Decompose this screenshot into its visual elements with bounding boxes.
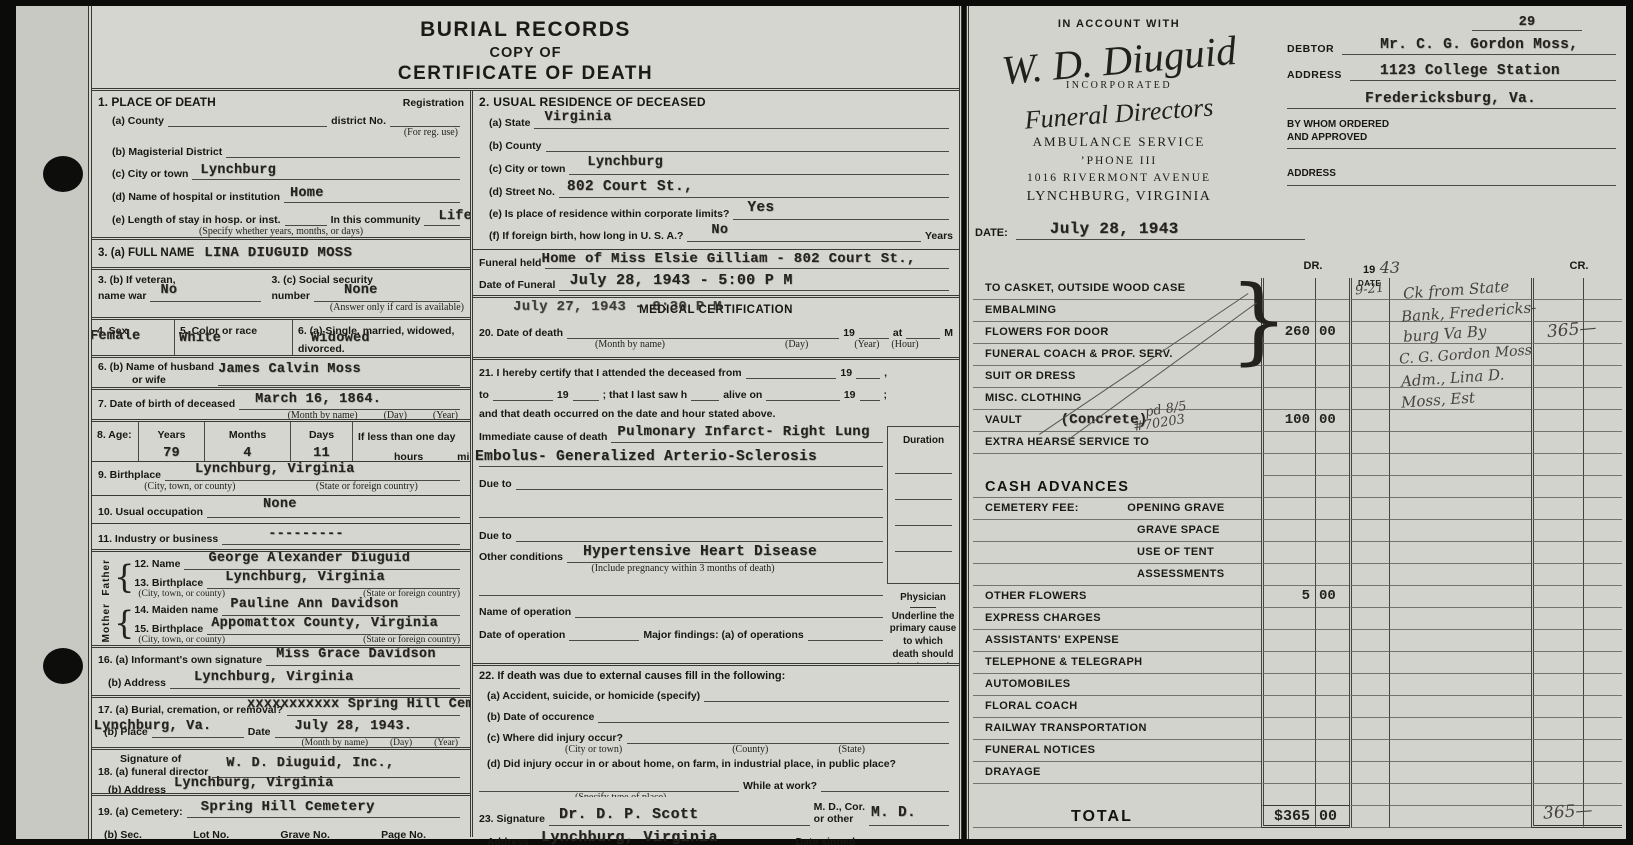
item-label: EXPRESS CHARGES <box>985 612 1101 624</box>
s19-lot-label: Lot No. <box>193 829 229 839</box>
item-label: AUTOMOBILES <box>985 678 1070 690</box>
section-occupation: 10. Usual occupation None <box>92 495 470 523</box>
section-residence: 2. USUAL RESIDENCE OF DECEASED (a) State… <box>473 91 959 249</box>
s15-value: Appomattox County, Virginia <box>211 616 438 631</box>
funeral-held-label: Funeral held <box>479 257 541 269</box>
s2e-value: Yes <box>747 200 774 216</box>
s7-note-3: (Year) <box>433 410 458 419</box>
item-label: FUNERAL COACH & PROF. SERV. <box>985 348 1173 360</box>
s12-label: 12. Name <box>134 558 180 570</box>
year-label: 19 <box>1363 264 1375 276</box>
s21-alive: alive on <box>723 389 762 401</box>
item-label: OTHER FLOWERS <box>985 590 1087 602</box>
s8-days-value: 11 <box>313 446 330 461</box>
s23-address-label: Address <box>487 836 529 845</box>
s2a-value: Virginia <box>544 110 611 125</box>
dr-amount: 260 <box>1264 322 1315 343</box>
s21-saw: ; that I last saw h <box>603 389 688 401</box>
ledger-row: EXPRESS CHARGES <box>973 608 1622 630</box>
item-label-detail: (Concrete) <box>1060 412 1147 428</box>
s2d-label: (d) Street No. <box>489 186 555 198</box>
s9-note-2: (State or foreign country) <box>316 481 418 492</box>
ledger-row: SUIT OR DRESS <box>973 366 1622 388</box>
cr-column-label: CR. <box>1539 260 1619 273</box>
s21-other-label: Other conditions <box>479 551 563 563</box>
s3a-value: LINA DIUGUID MOSS <box>204 245 352 261</box>
ledger-row: OTHER FLOWERS 5 00 <box>973 586 1622 608</box>
item-label: VAULT <box>985 414 1022 426</box>
item-sublabel: USE OF TENT <box>1137 546 1214 558</box>
street-label: 1016 RIVERMONT AVENUE <box>969 172 1269 184</box>
s22c-note-2: (County) <box>732 744 768 755</box>
s20-19: 19 <box>843 327 855 339</box>
s17b-value: Lynchburg, Va. <box>94 719 212 734</box>
s21-cause-label: Immediate cause of death <box>479 431 607 443</box>
section-external-causes: 22. If death was due to external causes … <box>473 663 959 797</box>
s8-years-label: Years <box>157 429 185 441</box>
doc-subtitle-1: COPY OF <box>92 45 959 61</box>
item-label: RAILWAY TRANSPORTATION <box>985 722 1147 734</box>
ledger-row: MISC. CLOTHING <box>973 388 1622 410</box>
mother-brace: { <box>114 607 134 639</box>
ledger-row: CEMETERY FEE: OPENING GRAVE <box>973 498 1622 520</box>
dr-amount: 5 <box>1264 586 1315 607</box>
s21-y2: 19 <box>557 389 569 401</box>
s21-cause-value-1: Pulmonary Infarct- Right Lung <box>617 424 869 440</box>
physician-note-body: Underline the primary cause to which dea… <box>890 611 956 663</box>
ledger-row-cash-heading: CASH ADVANCES <box>973 476 1622 498</box>
s15-note-1: (City, town, or county) <box>138 635 225 645</box>
section-cemetery: 19. (a) Cemetery: Spring Hill Cemetery (… <box>92 793 470 839</box>
section-full-name: 3. (a) FULL NAME LINA DIUGUID MOSS <box>92 237 470 267</box>
mother-label: Mother <box>101 603 112 642</box>
s16a-label: 16. (a) Informant's own signature <box>98 654 262 666</box>
section-date-of-birth: 7. Date of birth of deceased March 16, 1… <box>92 387 470 419</box>
duration-physician-rail: Duration Physician Underline the primary… <box>887 362 959 663</box>
s10-value: None <box>263 497 297 512</box>
ordered-by-label-1: BY WHOM ORDERED <box>1287 119 1616 131</box>
doc-title: BURIAL RECORDS <box>92 18 959 42</box>
ledger-row: FLORAL COACH <box>973 696 1622 718</box>
s2f-value: No <box>711 223 728 238</box>
s7-note-1: (Month by name) <box>288 410 358 419</box>
firm-block: IN ACCOUNT WITH W. D. Diuguid INCORPORAT… <box>969 18 1269 205</box>
certificate-left-column: 1. PLACE OF DEATH Registration (a) Count… <box>92 91 473 837</box>
s6a-value: Widowed <box>311 331 370 346</box>
s2c-label: (c) City or town <box>489 163 565 175</box>
s20-at: at <box>893 327 902 339</box>
ledger-row: EXTRA HEARSE SERVICE TO <box>973 432 1622 454</box>
s6b-value: James Calvin Moss <box>218 362 361 377</box>
section-funeral-director: Signature of 18. (a) funeral director W.… <box>92 747 470 793</box>
s1d-label: (d) Name of hospital or institution <box>112 191 280 203</box>
year-handwritten: 43 <box>1380 258 1400 277</box>
s22c-label: (c) Where did injury occur? <box>487 732 623 744</box>
s17a-value: xxxxxxxxxxx Spring Hill Cemetery <box>247 697 470 712</box>
s6b-label-2: or wife <box>132 374 214 386</box>
debtor-address-value-2: Fredericksburg, Va. <box>1365 91 1536 107</box>
s16a-value: Miss Grace Davidson <box>276 647 436 662</box>
s21-y3: 19 <box>844 389 856 401</box>
item-label: FLOWERS FOR DOOR <box>985 326 1109 338</box>
s13-value: Lynchburg, Virginia <box>225 570 385 585</box>
item-sublabel: ASSESSMENTS <box>1137 568 1225 580</box>
ledger-row: FLOWERS FOR DOOR 260 00 <box>973 322 1622 344</box>
item-sublabel: OPENING GRAVE <box>1127 502 1224 514</box>
s9-note-1: (City, town, or county) <box>144 481 235 492</box>
s17-note-2: (Day) <box>390 738 412 747</box>
debtor-block: 29 DEBTOR Mr. C. G. Gordon Moss, ADDRESS… <box>1287 12 1616 186</box>
s21-cause-value-2: Embolus- Generalized Arterio-Sclerosis <box>475 449 817 465</box>
dr-column-label: DR. <box>1273 260 1353 273</box>
item-label: TO CASKET, OUTSIDE WOOD CASE <box>985 282 1185 294</box>
s14-label: 14. Maiden name <box>134 604 218 616</box>
s3c-value: None <box>344 283 378 298</box>
s1-reg-note: (For reg. use) <box>404 127 458 138</box>
ordered-address-label: ADDRESS <box>1287 168 1336 179</box>
s20-note-3: (Year) <box>854 339 879 350</box>
section-parents: Father { 12. Name George Alexander Diugu… <box>92 549 470 645</box>
s2d-value: 802 Court St., <box>567 179 693 195</box>
s1e-mid-label: In this community <box>331 214 421 226</box>
s1a-label: (a) County <box>112 115 164 127</box>
funeral-directors-script: Funeral Directors <box>968 89 1269 140</box>
dr-cents: 00 <box>1316 410 1349 431</box>
ledger-row: DRAYAGE <box>973 762 1622 784</box>
s22-work-label: While at work? <box>743 780 817 792</box>
s1-heading: 1. PLACE OF DEATH <box>98 95 216 109</box>
s22b-label: (b) Date of occurence <box>487 711 594 723</box>
s2e-label: (e) Is place of residence within corpora… <box>489 208 729 220</box>
s22a-label: (a) Accident, suicide, or homicide (spec… <box>487 690 700 702</box>
item-label: SUIT OR DRESS <box>985 370 1076 382</box>
physician-note-title: Physician <box>900 592 946 603</box>
s16b-label: (b) Address <box>108 677 166 689</box>
total-dr-cents: 00 <box>1316 806 1349 827</box>
s1-reg-label-2: district No. <box>331 115 386 127</box>
ordered-by-label-2: AND APPROVED <box>1287 132 1616 144</box>
s1e-label: (e) Length of stay in hosp. or inst. <box>112 214 281 226</box>
ledger-row: EMBALMING <box>973 300 1622 322</box>
account-header: IN ACCOUNT WITH W. D. Diuguid INCORPORAT… <box>969 6 1626 252</box>
total-dr-amount: $365 <box>1264 806 1315 827</box>
dr-cents: 00 <box>1316 322 1349 343</box>
s21-due1-label: Due to <box>479 478 512 490</box>
s22-heading: 22. If death was due to external causes … <box>479 670 953 683</box>
physician-note: Physician Underline the primary cause to… <box>887 592 959 663</box>
ledger-row: ASSISTANTS' EXPENSE <box>973 630 1622 652</box>
s3b-label-1: 3. (b) If veteran, <box>98 274 265 286</box>
debtor-label: DEBTOR <box>1287 43 1334 55</box>
date-column-label: DATE <box>1358 279 1381 288</box>
s1c-value: Lynchburg <box>200 163 276 178</box>
ledger-row: GRAVE SPACE <box>973 520 1622 542</box>
s21-to: to <box>479 389 489 401</box>
certificate-header: BURIAL RECORDS COPY OF CERTIFICATE OF DE… <box>92 6 959 72</box>
funeral-date-value: July 28, 1943 - 5:00 P M <box>569 272 792 289</box>
s19-page-label: Page No. <box>381 829 426 839</box>
item-label: TELEPHONE & TELEGRAPH <box>985 656 1143 668</box>
section-age: 8. Age: Years 79 Months 4 Days 11 If le <box>92 419 470 461</box>
doc-subtitle-2: CERTIFICATE OF DEATH <box>92 63 959 85</box>
section-certification-block: 21. I hereby certify that I attended the… <box>473 357 959 663</box>
account-date-value: July 28, 1943 <box>1050 220 1179 238</box>
s23-md-value: M. D. <box>871 805 916 821</box>
s22d-label: (d) Did injury occur in or about home, o… <box>487 758 953 770</box>
ledger-row-blank <box>973 454 1622 476</box>
father-label: Father <box>101 559 112 596</box>
s8-label: 8. Age: <box>97 429 132 441</box>
s3b-value: No <box>160 283 177 298</box>
s17-note-3: (Year) <box>434 738 458 747</box>
s21-line1: 21. I hereby certify that I attended the… <box>479 367 742 379</box>
section-burial: 17. (a) Burial, cremation, or removal? x… <box>92 695 470 747</box>
funeral-date-label: Date of Funeral <box>479 279 555 291</box>
ledger-row: AUTOMOBILES <box>973 674 1622 696</box>
s20-note-1: (Month by name) <box>595 339 665 350</box>
s22c-note-1: (City or town) <box>565 744 622 755</box>
ledger-row: RAILWAY TRANSPORTATION <box>973 718 1622 740</box>
s9-label: 9. Birthplace <box>98 469 161 481</box>
s21-findings-label: Major findings: (a) of operations <box>643 629 803 641</box>
s23-md-label-1: M. D., Cor. <box>814 801 865 813</box>
s21-y1: 19 <box>840 367 852 379</box>
ledger-row-total: TOTAL $365 00 <box>973 806 1622 828</box>
duration-label: Duration <box>903 435 944 446</box>
s7-value: March 16, 1864. <box>255 392 381 407</box>
s7-note-2: (Day) <box>384 410 407 419</box>
s18a-label-1: Signature of <box>120 753 208 765</box>
ledger-row: USE OF TENT <box>973 542 1622 564</box>
s11-value: --------- <box>268 527 344 542</box>
s3a-label: 3. (a) FULL NAME <box>98 247 194 261</box>
ledger-row: FUNERAL NOTICES <box>973 740 1622 762</box>
item-label: CEMETERY FEE: <box>985 502 1079 514</box>
s11-label: 11. Industry or business <box>98 533 218 545</box>
certificate-right-column: 2. USUAL RESIDENCE OF DECEASED (a) State… <box>473 91 959 837</box>
ledger-table: DR. 19 43 CR. TO CASKET, OUTSIDE WOOD CA… <box>973 258 1622 830</box>
scan-margin-strip <box>16 6 88 839</box>
s18b-value: Lynchburg, Virginia <box>174 776 334 791</box>
section-spouse: 6. (b) Name of husband or wife James Cal… <box>92 355 470 387</box>
s23-datesigned-label: Date signed <box>795 836 855 845</box>
father-brace: { <box>114 561 134 593</box>
s18a-value: W. D. Diuguid, Inc., <box>226 756 394 771</box>
s1-reg-label-1: Registration <box>403 97 464 109</box>
s20-label: 20. Date of death <box>479 327 563 339</box>
race-cell: 5. Color or race White <box>174 320 292 355</box>
debtor-address-label: ADDRESS <box>1287 69 1342 81</box>
s17-note-1: (Month by name) <box>302 738 369 747</box>
s17-date-value: July 28, 1943. <box>295 719 413 734</box>
s1b-label: (b) Magisterial District <box>112 146 222 158</box>
section-informant: 16. (a) Informant's own signature Miss G… <box>92 645 470 695</box>
s20-note-4: (Hour) <box>891 339 918 350</box>
s17-date-label: Date <box>248 726 271 738</box>
item-label: MISC. CLOTHING <box>985 392 1082 404</box>
s6b-label-1: 6. (b) Name of husband <box>98 361 214 373</box>
s15-label: 15. Birthplace <box>134 623 203 635</box>
s1c-label: (c) City or town <box>112 168 188 180</box>
section-signature: 23. Signature Dr. D. P. Scott M. D., Cor… <box>473 797 959 845</box>
punch-hole-bottom <box>43 648 83 684</box>
certificate-page: BURIAL RECORDS COPY OF CERTIFICATE OF DE… <box>88 6 962 839</box>
s2-heading: 2. USUAL RESIDENCE OF DECEASED <box>479 95 953 109</box>
funeral-held-value: Home of Miss Elsie Gilliam - 802 Court S… <box>541 251 915 267</box>
s2f-label: (f) If foreign birth, how long in U. S. … <box>489 230 683 242</box>
dr-amount: 100 <box>1264 410 1315 431</box>
item-label: EXTRA HEARSE SERVICE TO <box>985 436 1149 448</box>
s23-label: 23. Signature <box>479 813 545 825</box>
s8-less-label: If less than one day <box>358 431 455 443</box>
section-place-of-death: 1. PLACE OF DEATH Registration (a) Count… <box>92 91 470 237</box>
s3b-label-2: name war <box>98 290 146 302</box>
ledger-row: ASSESSMENTS <box>973 564 1622 586</box>
section-funeral-held: Funeral held Home of Miss Elsie Gilliam … <box>473 249 959 295</box>
s10-label: 10. Usual occupation <box>98 506 203 518</box>
s22c-note-3: (State) <box>838 744 865 755</box>
s3c-label-2: number <box>271 290 310 302</box>
section-medical-certification: MEDICAL CERTIFICATION July 27, 1943 - 8:… <box>473 295 959 321</box>
s20-note-2: (Day) <box>785 339 808 350</box>
s8-hours-label: hours <box>394 451 423 461</box>
debtor-address-value-1: 1123 College Station <box>1380 63 1560 79</box>
dr-cents: 00 <box>1316 586 1349 607</box>
s20-m: M <box>944 327 953 339</box>
ledger-row: VAULT (Concrete) 100 00 <box>973 410 1622 432</box>
s21-line3: and that death occurred on the date and … <box>479 408 887 420</box>
account-page: IN ACCOUNT WITH W. D. Diuguid INCORPORAT… <box>966 6 1626 839</box>
ledger-column-header: DR. 19 43 CR. <box>973 258 1622 278</box>
ledger-row: TELEPHONE & TELEGRAPH <box>973 652 1622 674</box>
s8-days-label: Days <box>309 429 334 441</box>
item-label: FUNERAL NOTICES <box>985 744 1095 756</box>
section-sex-race-marital: 4. Sex Female 5. Color or race White 6. … <box>92 317 470 355</box>
s1d-value: Home <box>290 186 324 201</box>
s8-months-value: 4 <box>243 446 251 461</box>
item-sublabel: GRAVE SPACE <box>1137 524 1220 536</box>
section-date-of-death: 20. Date of death 19 at M (Month by name… <box>473 321 959 357</box>
s1e-value: Life <box>438 209 470 224</box>
s16b-value: Lynchburg, Virginia <box>194 670 354 685</box>
ledger-row: TO CASKET, OUTSIDE WOOD CASE DATE <box>973 278 1622 300</box>
s19a-label: 19. (a) Cemetery: <box>98 806 183 818</box>
s14-value: Pauline Ann Davidson <box>230 597 398 612</box>
s2b-label: (b) County <box>489 140 542 152</box>
s13-label: 13. Birthplace <box>134 577 203 589</box>
s21-other-note: (Include pregnancy within 3 months of de… <box>591 563 774 574</box>
sex-cell: 4. Sex Female <box>92 320 174 355</box>
s2c-value: Lynchburg <box>587 155 663 170</box>
s5-value: White <box>179 331 221 346</box>
section-veteran-ssn: 3. (b) If veteran, name war No 3. (c) So… <box>92 267 470 317</box>
section-industry: 11. Industry or business --------- <box>92 523 470 549</box>
s23-md-label-2: or other <box>814 813 865 825</box>
item-label: EMBALMING <box>985 304 1056 316</box>
s2f-unit: Years <box>925 230 953 242</box>
city-label: LYNCHBURG, VIRGINIA <box>969 189 1269 205</box>
item-label: FLORAL COACH <box>985 700 1078 712</box>
s23-value: Dr. D. P. Scott <box>559 806 699 823</box>
cash-advances-heading: CASH ADVANCES <box>985 479 1129 495</box>
s21-opdate-label: Date of operation <box>479 629 565 641</box>
s13-note-1: (City, town, or county) <box>138 589 225 599</box>
account-page-number: 29 <box>1519 15 1536 30</box>
ledger-row: FUNERAL COACH & PROF. SERV. <box>973 344 1622 366</box>
s12-value: George Alexander Diuguid <box>208 551 410 566</box>
medcert-heading: MEDICAL CERTIFICATION <box>639 304 793 316</box>
s23-address-value: Lynchburg, Virginia <box>541 829 718 845</box>
account-date-row: DATE: July 28, 1943 <box>975 224 1305 240</box>
s21-due2-label: Due to <box>479 530 512 542</box>
duration-box: Duration <box>887 426 959 584</box>
s8-months-label: Months <box>229 429 266 441</box>
item-label: DRAYAGE <box>985 766 1041 778</box>
s7-label: 7. Date of birth of deceased <box>98 398 235 410</box>
s2a-label: (a) State <box>489 117 530 129</box>
phone-label: ’PHONE III <box>969 155 1269 167</box>
debtor-value: Mr. C. G. Gordon Moss, <box>1380 37 1578 53</box>
s18b-label: (b) Address <box>108 784 166 793</box>
s3c-note: (Answer only if card is available) <box>330 302 464 313</box>
s8-min-label: min. <box>457 451 470 461</box>
s15-note-2: (State or foreign country) <box>363 635 460 645</box>
total-label: TOTAL <box>985 808 1133 825</box>
s19b-label: (b) Sec. <box>104 829 142 839</box>
ambulance-service-label: AMBULANCE SERVICE <box>969 134 1269 150</box>
account-date-label: DATE: <box>975 227 1008 240</box>
s21-opname-label: Name of operation <box>479 606 571 618</box>
s8-years-value: 79 <box>163 446 180 461</box>
punch-hole-top <box>43 156 83 192</box>
s19a-value: Spring Hill Cemetery <box>201 799 375 815</box>
section-birthplace: 9. Birthplace Lynchburg, Virginia (City,… <box>92 461 470 495</box>
s21-other-value: Hypertensive Heart Disease <box>583 544 817 560</box>
s4-value: Female <box>92 329 140 344</box>
marital-cell: 6. (a) Single, married, widowed, divorce… <box>292 320 470 355</box>
item-label: ASSISTANTS' EXPENSE <box>985 634 1119 646</box>
s19-grave-label: Grave No. <box>280 829 330 839</box>
s9-value: Lynchburg, Virginia <box>195 462 355 477</box>
ledger-row-blank <box>973 784 1622 806</box>
